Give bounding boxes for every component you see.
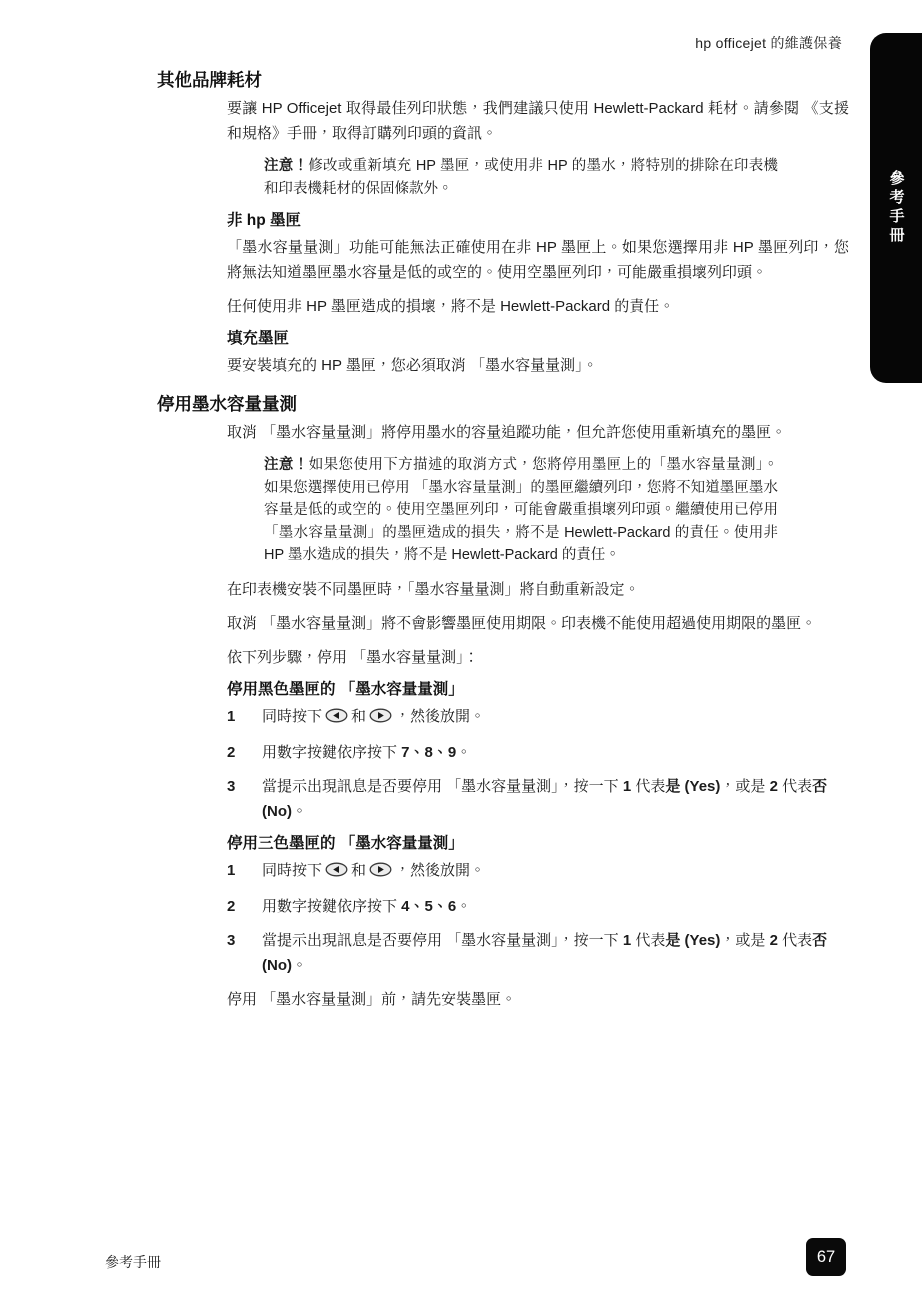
step-number: 2 [227, 740, 262, 765]
step-text-segment: 當提示出現訊息是否要停用 「墨水容量量測」，按一下 [262, 932, 623, 949]
step-text-segment: 同時按下 [262, 708, 322, 725]
step-text-segment: 代表 [778, 932, 812, 949]
step-number: 2 [227, 894, 262, 919]
step-number: 3 [227, 774, 262, 824]
paragraph-refill: 要安裝填充的 HP 墨匣，您必須取消 「墨水容量量測」。 [227, 353, 849, 378]
paragraph-expiration: 取消 「墨水容量量測」將不會影響墨匣使用期限。印表機不能使用超過使用期限的墨匣。 [227, 611, 849, 636]
step-text-segment: 代表 [778, 778, 812, 795]
key-yes-digit: 1 [623, 778, 631, 795]
paragraph-non-hp-1: 「墨水容量量測」功能可能無法正確使用在非 HP 墨匣上。如果您選擇用非 HP 墨… [227, 235, 849, 285]
subheading-disable-tricolor: 停用三色墨匣的 「墨水容量量測」 [227, 833, 922, 855]
step-text-segment: 和 [351, 862, 366, 879]
step-tri-2: 2 用數字按鍵依序按下 4、5、6。 [227, 894, 922, 919]
paragraph-auto-reset: 在印表機安裝不同墨匣時，「墨水容量量測」將自動重新設定。 [227, 577, 849, 602]
yes-label: 是 (Yes) [665, 932, 720, 949]
key-no-digit: 2 [770, 778, 778, 795]
paragraph-non-hp-2: 任何使用非 HP 墨匣造成的損壞，將不是 Hewlett-Packard 的責任… [227, 294, 849, 319]
step-tri-3: 3 當提示出現訊息是否要停用 「墨水容量量測」，按一下 1 代表是 (Yes)，… [227, 928, 922, 978]
paragraph-steps-lead-in: 依下列步驟，停用 「墨水容量量測」： [227, 645, 849, 670]
section-heading-other-brands: 其他品牌耗材 [157, 68, 922, 92]
paragraph-disable-intro: 取消 「墨水容量量測」將停用墨水的容量追蹤功能，但允許您使用重新填充的墨匣。 [227, 420, 849, 445]
note-text: 如果您使用下方描述的取消方式，您將停用墨匣上的「墨水容量量測」。如果您選擇使用已… [264, 457, 778, 563]
subheading-disable-black: 停用黑色墨匣的 「墨水容量量測」 [227, 679, 922, 701]
note-disable-warning: 注意！如果您使用下方描述的取消方式，您將停用墨匣上的「墨水容量量測」。如果您選擇… [264, 454, 778, 567]
step-text-segment: 當提示出現訊息是否要停用 「墨水容量量測」，按一下 [262, 778, 623, 795]
step-text: 用數字按鍵依序按下 7、8、9。 [262, 740, 848, 765]
step-number: 3 [227, 928, 262, 978]
page-number: 67 [817, 1248, 835, 1267]
step-number: 1 [227, 704, 262, 731]
yes-label: 是 (Yes) [665, 778, 720, 795]
subheading-non-hp-cartridge: 非 hp 墨匣 [227, 210, 922, 232]
page-number-badge: 67 [806, 1238, 846, 1276]
left-arrow-button-icon [325, 706, 348, 731]
step-text-segment: ，然後放開。 [395, 708, 485, 725]
paragraph-install-first: 停用 「墨水容量量測」前，請先安裝墨匣。 [227, 987, 849, 1012]
step-text-segment: 。 [292, 803, 307, 820]
step-number: 1 [227, 858, 262, 885]
step-text-segment: 和 [351, 708, 366, 725]
subheading-refill-cartridge: 填充墨匣 [227, 328, 922, 350]
keypad-digits: 4、5、6 [401, 898, 456, 915]
step-black-3: 3 當提示出現訊息是否要停用 「墨水容量量測」，按一下 1 代表是 (Yes)，… [227, 774, 922, 824]
step-text: 當提示出現訊息是否要停用 「墨水容量量測」，按一下 1 代表是 (Yes)，或是… [262, 928, 848, 978]
manual-page: hp officejet 的維護保養 參考手冊 其他品牌耗材 要讓 HP Off… [0, 0, 922, 1310]
section-heading-disable-ink-gauge: 停用墨水容量量測 [157, 392, 922, 416]
step-tri-1: 1 同時按下和，然後放開。 [227, 858, 922, 885]
note-warranty: 注意！修改或重新填充 HP 墨匣，或使用非 HP 的墨水，將特別的排除在印表機和… [264, 155, 778, 200]
step-text-segment: 。 [456, 898, 471, 915]
page-content: 其他品牌耗材 要讓 HP Officejet 取得最佳列印狀態，我們建議只使用 … [0, 0, 922, 1021]
step-text-segment: ，然後放開。 [395, 862, 485, 879]
step-text-segment: ，或是 [720, 778, 769, 795]
step-text-segment: 同時按下 [262, 862, 322, 879]
right-arrow-button-icon [369, 706, 392, 731]
keypad-digits: 7、8、9 [401, 744, 456, 761]
step-black-2: 2 用數字按鍵依序按下 7、8、9。 [227, 740, 922, 765]
step-text-segment: 代表 [631, 778, 665, 795]
note-label: 注意！ [264, 158, 308, 174]
key-yes-digit: 1 [623, 932, 631, 949]
step-text-segment: 。 [456, 744, 471, 761]
left-arrow-button-icon [325, 860, 348, 885]
footer-booklet-label: 參考手冊 [105, 1252, 161, 1272]
step-text-segment: 。 [292, 957, 307, 974]
step-text-segment: 用數字按鍵依序按下 [262, 898, 401, 915]
step-black-1: 1 同時按下和，然後放開。 [227, 704, 922, 731]
note-text: 修改或重新填充 HP 墨匣，或使用非 HP 的墨水，將特別的排除在印表機和印表機… [264, 158, 778, 197]
note-label: 注意！ [264, 457, 309, 473]
right-arrow-button-icon [369, 860, 392, 885]
step-text: 同時按下和，然後放開。 [262, 704, 848, 731]
step-text: 當提示出現訊息是否要停用 「墨水容量量測」，按一下 1 代表是 (Yes)，或是… [262, 774, 848, 824]
key-no-digit: 2 [770, 932, 778, 949]
paragraph-intro: 要讓 HP Officejet 取得最佳列印狀態，我們建議只使用 Hewlett… [227, 96, 849, 146]
step-text-segment: 代表 [631, 932, 665, 949]
step-text: 用數字按鍵依序按下 4、5、6。 [262, 894, 848, 919]
step-text-segment: ，或是 [720, 932, 769, 949]
step-text: 同時按下和，然後放開。 [262, 858, 848, 885]
step-text-segment: 用數字按鍵依序按下 [262, 744, 401, 761]
